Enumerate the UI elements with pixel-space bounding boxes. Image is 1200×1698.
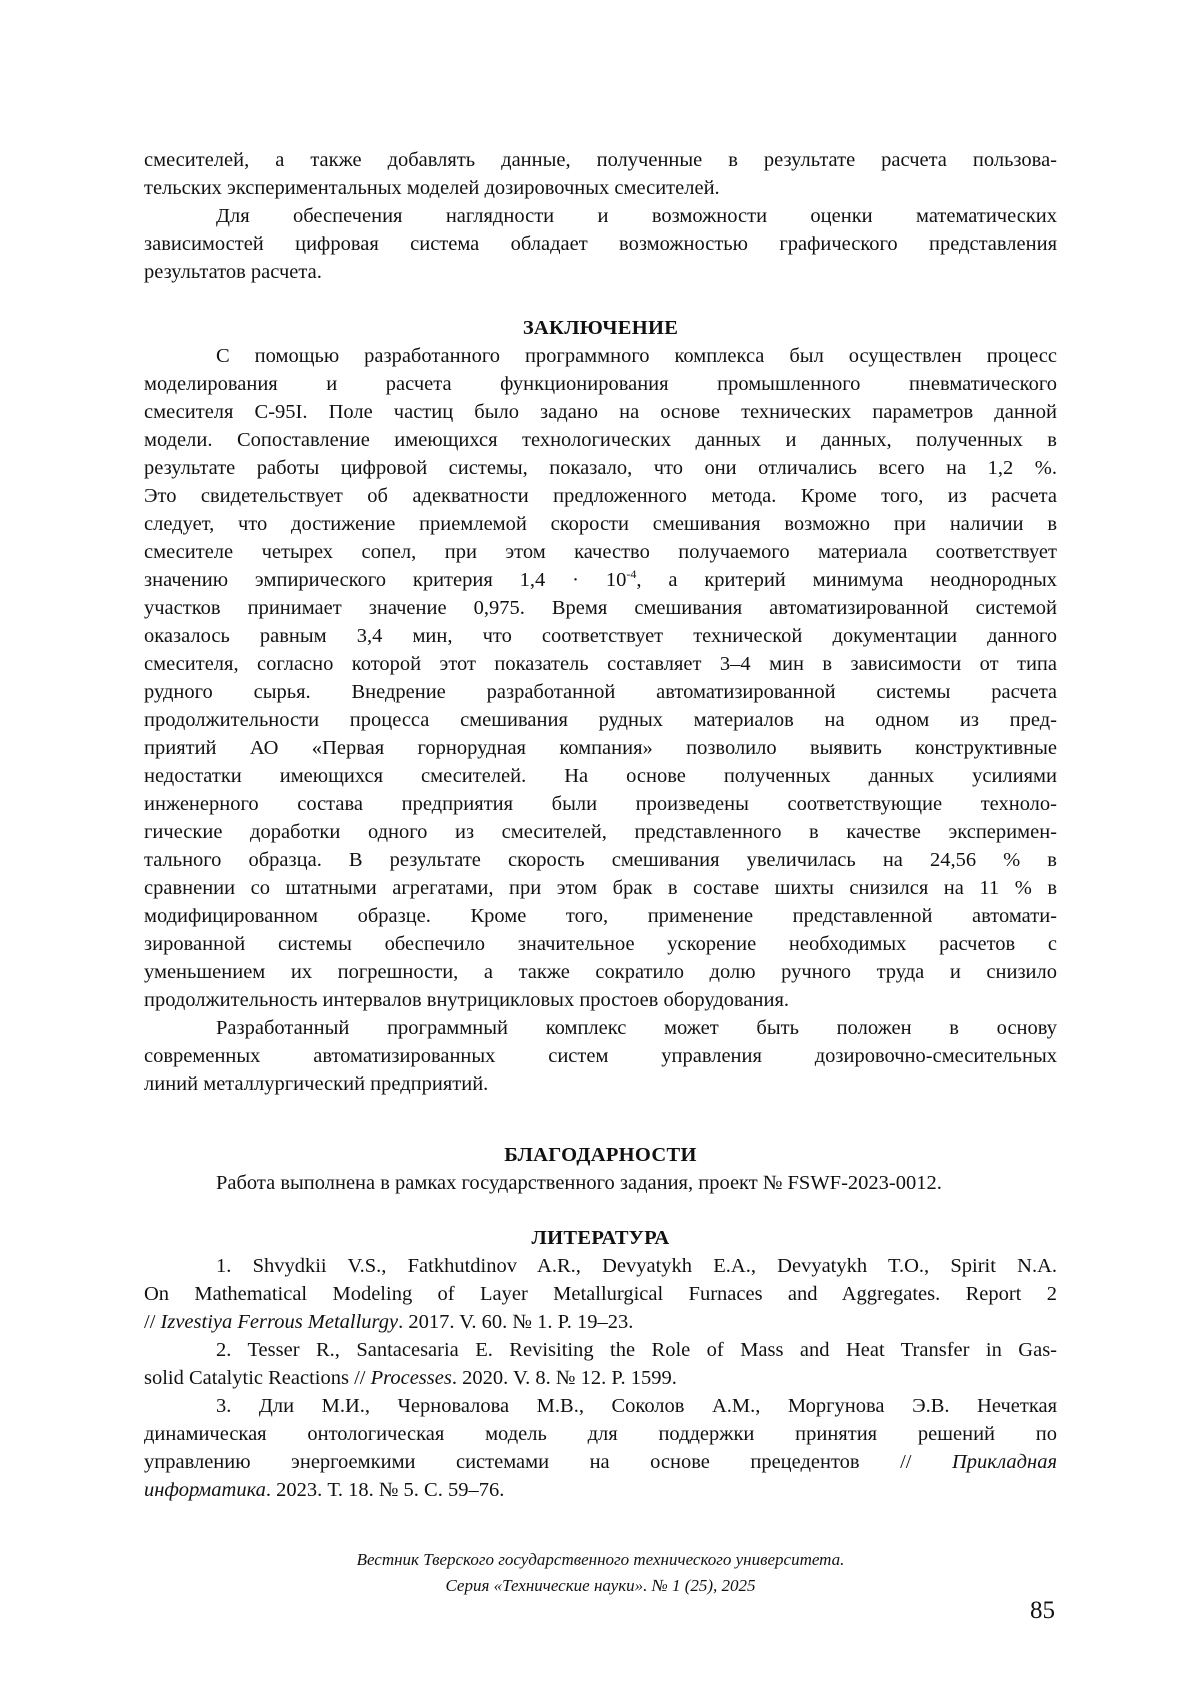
- footer-issue: Серия «Технические науки». № 1 (25), 202…: [144, 1573, 1057, 1599]
- journal-title: Прикладная: [952, 1451, 1057, 1473]
- text-fragment: //: [144, 1311, 161, 1333]
- exponent: -4: [626, 567, 636, 581]
- section-heading-conclusion: ЗАКЛЮЧЕНИЕ: [144, 314, 1057, 342]
- text-line: рудного сырья. Внедрение разработанной а…: [144, 678, 1057, 706]
- intro-section: смесителей, а также добавлять данные, по…: [144, 146, 1057, 286]
- text-line: моделирования и расчета функционирования…: [144, 370, 1057, 398]
- text-line: современных автоматизированных систем уп…: [144, 1042, 1057, 1070]
- text-line: 1. Shvydkii V.S., Fatkhutdinov A.R., Dev…: [144, 1252, 1057, 1280]
- document-page: смесителей, а также добавлять данные, по…: [0, 0, 1200, 1698]
- text-line: результатов расчета.: [144, 258, 1057, 286]
- conclusion-section: ЗАКЛЮЧЕНИЕ С помощью разработанного прог…: [144, 314, 1057, 1098]
- text-line: модели. Сопоставление имеющихся технолог…: [144, 426, 1057, 454]
- reference-item-2: 2. Tesser R., Santacesaria E. Revisiting…: [144, 1336, 1057, 1392]
- reference-item-1: 1. Shvydkii V.S., Fatkhutdinov A.R., Dev…: [144, 1252, 1057, 1336]
- section-heading-references: ЛИТЕРАТУРА: [144, 1224, 1057, 1252]
- text-line: сравнении со штатными агрегатами, при эт…: [144, 874, 1057, 902]
- journal-title: Processes: [371, 1367, 452, 1389]
- text-line: Это свидетельствует об адекватности пред…: [144, 482, 1057, 510]
- text-line: On Mathematical Modeling of Layer Metall…: [144, 1280, 1057, 1308]
- text-line: 3. Дли М.И., Черновалова М.В., Соколов А…: [144, 1392, 1057, 1420]
- criterion-text-suffix: , а критерий минимума неоднородных: [636, 569, 1057, 591]
- text-line: Разработанный программный комплекс может…: [144, 1014, 1057, 1042]
- text-line: инженерного состава предприятия были про…: [144, 790, 1057, 818]
- criterion-text: значению эмпирического критерия 1,4 · 10: [144, 569, 626, 591]
- text-line: приятий АО «Первая горнорудная компания»…: [144, 734, 1057, 762]
- text-line: оказалось равным 3,4 мин, что соответств…: [144, 622, 1057, 650]
- text-line: смесителя С-95I. Поле частиц было задано…: [144, 398, 1057, 426]
- section-heading-acknowledgements: БЛАГОДАРНОСТИ: [144, 1141, 1057, 1169]
- text-line: модифицированном образце. Кроме того, пр…: [144, 902, 1057, 930]
- text-line: Для обеспечения наглядности и возможност…: [144, 202, 1057, 230]
- text-fragment: управлению энергоемкими системами на осн…: [144, 1451, 952, 1473]
- text-line: информатика. 2023. Т. 18. № 5. С. 59–76.: [144, 1476, 1057, 1504]
- acknowledgements-text: Работа выполнена в рамках государственно…: [144, 1169, 1057, 1197]
- text-line: динамическая онтологическая модель для п…: [144, 1420, 1057, 1448]
- text-line: тельских экспериментальных моделей дозир…: [144, 174, 1057, 202]
- text-line: участков принимает значение 0,975. Время…: [144, 594, 1057, 622]
- page-number: 85: [1030, 1597, 1055, 1625]
- journal-title: Izvestiya Ferrous Metallurgy: [161, 1311, 399, 1333]
- text-line: solid Catalytic Reactions // Processes. …: [144, 1364, 1057, 1392]
- text-fragment: . 2023. Т. 18. № 5. С. 59–76.: [266, 1479, 504, 1501]
- text-line: зависимостей цифровая система обладает в…: [144, 230, 1057, 258]
- reference-item-3: 3. Дли М.И., Черновалова М.В., Соколов А…: [144, 1392, 1057, 1504]
- text-line: уменьшением их погрешности, а также сокр…: [144, 958, 1057, 986]
- text-line: гические доработки одного из смесителей,…: [144, 818, 1057, 846]
- references-section: ЛИТЕРАТУРА 1. Shvydkii V.S., Fatkhutdino…: [144, 1224, 1057, 1504]
- text-line: продолжительности процесса смешивания ру…: [144, 706, 1057, 734]
- acknowledgements-section: БЛАГОДАРНОСТИ Работа выполнена в рамках …: [144, 1141, 1057, 1197]
- text-line: смесителя, согласно которой этот показат…: [144, 650, 1057, 678]
- text-fragment: solid Catalytic Reactions //: [144, 1367, 371, 1389]
- text-line: смесителе четырех сопел, при этом качест…: [144, 538, 1057, 566]
- text-line: управлению энергоемкими системами на осн…: [144, 1448, 1057, 1476]
- footer-journal-name: Вестник Тверского государственного техни…: [144, 1547, 1057, 1573]
- text-line: смесителей, а также добавлять данные, по…: [144, 146, 1057, 174]
- text-fragment: . 2020. V. 8. № 12. P. 1599.: [452, 1367, 677, 1389]
- text-line: недостатки имеющихся смесителей. На осно…: [144, 762, 1057, 790]
- text-line: продолжительность интервалов внутрицикло…: [144, 986, 1057, 1014]
- text-line: С помощью разработанного программного ко…: [144, 342, 1057, 370]
- text-line: // Izvestiya Ferrous Metallurgy. 2017. V…: [144, 1308, 1057, 1336]
- text-line: 2. Tesser R., Santacesaria E. Revisiting…: [144, 1336, 1057, 1364]
- journal-footer: Вестник Тверского государственного техни…: [144, 1547, 1057, 1599]
- text-fragment: . 2017. V. 60. № 1. P. 19–23.: [398, 1311, 633, 1333]
- text-line-criterion: значению эмпирического критерия 1,4 · 10…: [144, 566, 1057, 594]
- text-line: линий металлургический предприятий.: [144, 1070, 1057, 1098]
- journal-title: информатика: [144, 1479, 266, 1501]
- text-line: тального образца. В результате скорость …: [144, 846, 1057, 874]
- text-line: результате работы цифровой системы, пока…: [144, 454, 1057, 482]
- text-line: следует, что достижение приемлемой скоро…: [144, 510, 1057, 538]
- text-line: зированной системы обеспечило значительн…: [144, 930, 1057, 958]
